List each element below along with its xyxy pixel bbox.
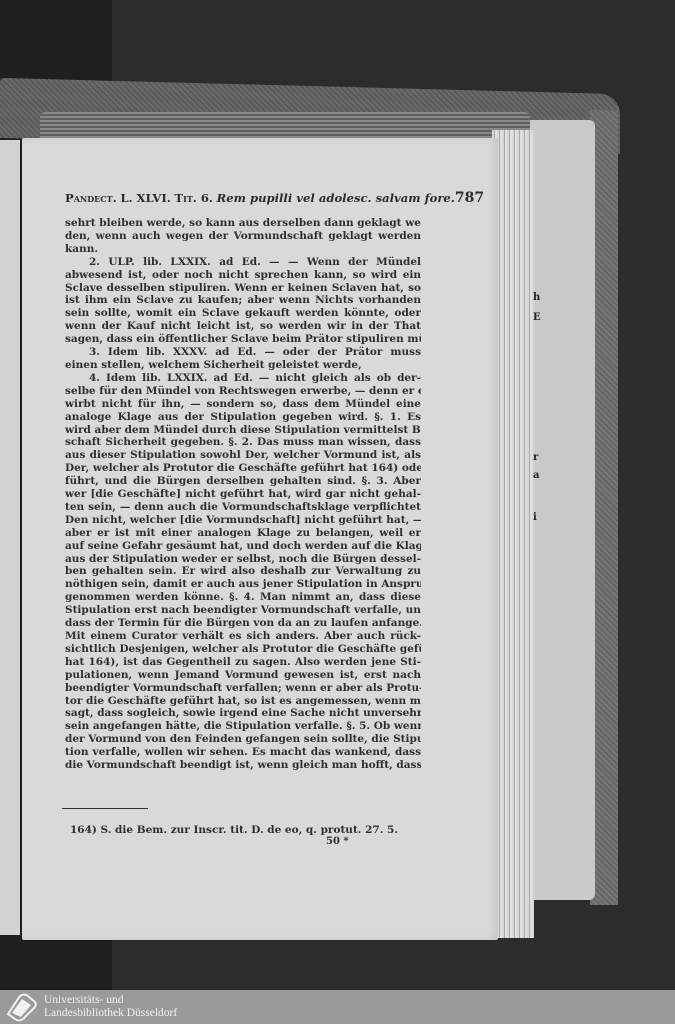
text-line: sagt, dass sogleich, sowie irgend eine S… — [65, 707, 421, 720]
text-line: Sclave desselben stipuliren. Wenn er kei… — [65, 282, 421, 295]
text-line: wer [die Geschäfte] nicht geführt hat, w… — [65, 488, 421, 501]
text-line: genommen werden könne. §. 4. Man nimmt a… — [65, 591, 421, 604]
text-line: ist ihm ein Sclave zu kaufen; aber wenn … — [65, 294, 421, 307]
text-line: dass der Termin für die Bürgen von da an… — [65, 617, 421, 630]
text-line: abwesend ist, oder noch nicht sprechen k… — [65, 269, 421, 282]
running-head-liber: L. XLVI. — [120, 191, 170, 205]
signature-mark: 50 * — [326, 836, 349, 847]
library-name-line1: Universitäts- und — [44, 994, 177, 1007]
text-line: nöthigen sein, damit er auch aus jener S… — [65, 578, 421, 591]
running-head-book: Pandect. — [65, 191, 117, 205]
edge-mark: r — [533, 452, 538, 463]
edge-mark: h — [533, 292, 540, 303]
page-stack-right — [492, 130, 534, 938]
text-line: der Vormund von den Feinden gefangen sei… — [65, 733, 421, 746]
page-number: 787 — [455, 190, 484, 206]
edge-mark: E — [533, 312, 541, 323]
library-name: Universitäts- und Landesbibliothek Düsse… — [44, 994, 177, 1020]
text-line: Mit einem Curator verhält es sich anders… — [65, 630, 421, 643]
edge-mark: i — [533, 512, 537, 523]
text-line: aus der Stipulation weder er selbst, noc… — [65, 553, 421, 566]
text-line: die Vormundschaft beendigt ist, wenn gle… — [65, 759, 421, 772]
text-line: sagen, dass ein öffentlicher Sclave beim… — [65, 333, 421, 346]
text-line: 3. Idem lib. XXXV. ad Ed. — oder der Prä… — [65, 346, 421, 359]
text-line: ten sein, — denn auch die Vormundschafts… — [65, 501, 421, 514]
text-line: wirbt nicht für ihn, — sondern so, dass … — [65, 398, 421, 411]
footnote-rule — [62, 808, 148, 809]
body-text: sehrt bleiben werde, so kann aus derselb… — [65, 217, 421, 772]
left-page-edge — [0, 140, 20, 935]
text-line: tion verfalle, wollen wir sehen. Es mach… — [65, 746, 421, 759]
text-line: wenn der Kauf nicht leicht ist, so werde… — [65, 320, 421, 333]
footnote: 164) S. die Bem. zur Inscr. tit. D. de e… — [70, 824, 410, 836]
text-line: Stipulation erst nach beendigter Vormund… — [65, 604, 421, 617]
page-stack-top — [40, 112, 530, 140]
text-line: pulationen, wenn Jemand Vormund gewesen … — [65, 669, 421, 682]
running-head: Pandect. L. XLVI. Tit. 6. Rem pupilli ve… — [65, 190, 421, 206]
text-line: tor die Geschäfte geführt hat, so ist es… — [65, 695, 421, 708]
text-line: kann. — [65, 243, 421, 256]
text-line: den, wenn auch wegen der Vormundschaft g… — [65, 230, 421, 243]
text-line: führt, und die Bürgen derselben gehalten… — [65, 475, 421, 488]
text-line: aber er ist mit einer analogen Klage zu … — [65, 527, 421, 540]
text-line: auf seine Gefahr gesäumt hat, und doch w… — [65, 540, 421, 553]
text-line: 2. ULP. lib. LXXIX. ad Ed. — — Wenn der … — [65, 256, 421, 269]
text-line: selbe für den Mündel von Rechtswegen erw… — [65, 385, 421, 398]
running-head-title: Rem pupilli vel adolesc. salvam fore. — [217, 191, 455, 205]
text-line: hat 164), ist das Gegentheil zu sagen. A… — [65, 656, 421, 669]
text-line: 4. Idem lib. LXXIX. ad Ed. — nicht gleic… — [65, 372, 421, 385]
text-line: sein angefangen hätte, die Stipulation v… — [65, 720, 421, 733]
text-line: analoge Klage aus der Stipulation gegebe… — [65, 411, 421, 424]
text-line: sehrt bleiben werde, so kann aus derselb… — [65, 217, 421, 230]
text-line: wird aber dem Mündel durch diese Stipula… — [65, 424, 421, 437]
book-logo-icon — [4, 992, 38, 1022]
edge-mark: a — [533, 470, 539, 481]
text-line: ben gehalten sein. Er wird also deshalb … — [65, 565, 421, 578]
text-line: Den nicht, welcher [die Vormundschaft] n… — [65, 514, 421, 527]
text-line: aus dieser Stipulation sowohl Der, welch… — [65, 449, 421, 462]
running-head-titulus: Tit. 6. — [174, 191, 213, 205]
text-line: sichtlich Desjenigen, welcher als Protut… — [65, 643, 421, 656]
library-footer-bar: Universitäts- und Landesbibliothek Düsse… — [0, 990, 675, 1024]
text-line: sein sollte, womit ein Sclave gekauft we… — [65, 307, 421, 320]
text-line: beendigter Vormundschaft verfallen; wenn… — [65, 682, 421, 695]
text-line: Der, welcher als Protutor die Geschäfte … — [65, 462, 421, 475]
text-line: einen stellen, welchem Sicherheit geleis… — [65, 359, 421, 372]
library-name-line2: Landesbibliothek Düsseldorf — [44, 1007, 177, 1020]
text-line: schaft Sicherheit gegeben. §. 2. Das mus… — [65, 436, 421, 449]
back-page — [530, 120, 595, 900]
